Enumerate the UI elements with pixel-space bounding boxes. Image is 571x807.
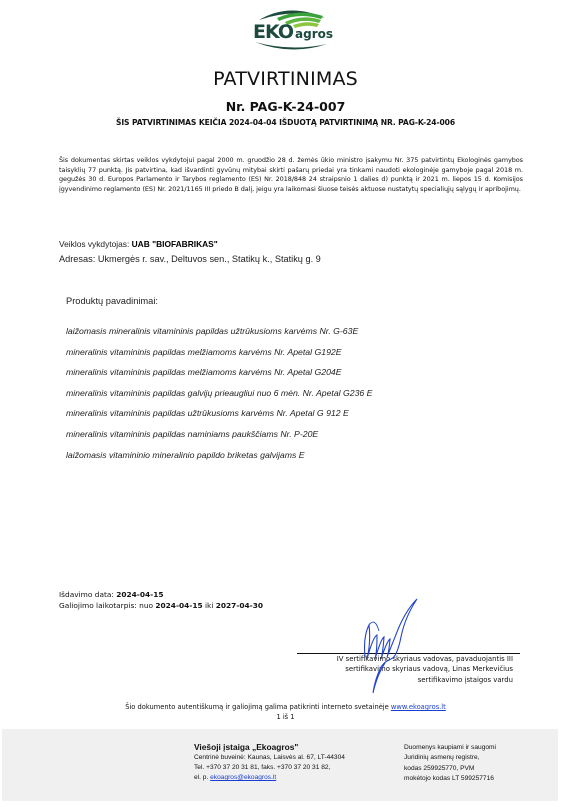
footer-org-name: Viešoji įstaiga „Ekoagros" xyxy=(194,742,345,753)
logo-brand-bold: EKO xyxy=(253,21,293,43)
operator-name: UAB "BIOFABRIKAS" xyxy=(132,239,218,249)
footer-email-line: el. p. ekoagros@ekoagros.lt xyxy=(194,773,345,783)
list-item: mineralinis vitamininis papildas užtrūku… xyxy=(66,407,372,428)
handwritten-signature-icon xyxy=(355,597,425,697)
document-title: PATVIRTINIMAS xyxy=(0,68,571,90)
address-label: Adresas: xyxy=(59,254,98,264)
list-item: mineralinis vitamininis papildas naminia… xyxy=(66,428,372,449)
logo-brand-light: agros xyxy=(295,27,333,41)
address-line: Adresas: Ukmergės r. sav., Deltuvos sen.… xyxy=(59,254,321,264)
list-item: mineralinis vitamininis papildas melžiam… xyxy=(66,346,372,367)
footer-registry: Duomenys kaupiami ir saugomi Juridinių a… xyxy=(404,743,496,785)
registry-line-4: mokėtojo kodas LT 599257716 xyxy=(404,774,496,784)
valid-from: 2024-04-15 xyxy=(155,601,202,610)
page-number: 1 iš 1 xyxy=(0,713,571,721)
website-link[interactable]: www.ekoagros.lt xyxy=(391,703,446,711)
products-heading: Produktų pavadinimai: xyxy=(66,296,158,306)
validity-label: Galiojimo laikotarpis: nuo xyxy=(59,601,155,610)
issue-date: 2024-04-15 xyxy=(116,590,163,599)
address-value: Ukmergės r. sav., Deltuvos sen., Statikų… xyxy=(98,254,321,264)
footer-organization: Viešoji įstaiga „Ekoagros" Centrinė buve… xyxy=(194,742,345,783)
operator-line: Veiklos vykdytojas: UAB "BIOFABRIKAS" xyxy=(59,239,218,249)
footer-address: Centrinė buveinė: Kaunas, Laisvės al. 67… xyxy=(194,753,345,763)
valid-to: 2027-04-30 xyxy=(216,601,263,610)
verification-note: Šio dokumento autentiškumą ir galiojimą … xyxy=(0,703,571,711)
operator-label: Veiklos vykdytojas: xyxy=(59,239,132,249)
list-item: laižomasis vitamininio mineralinio papil… xyxy=(66,449,372,470)
list-item: mineralinis vitamininis papildas melžiam… xyxy=(66,366,372,387)
document-number: Nr. PAG-K-24-007 xyxy=(0,99,571,114)
issue-date-label: Išdavimo data: xyxy=(59,590,116,599)
list-item: laižomasis mineralinis vitamininis papil… xyxy=(66,325,372,346)
validity-line: Galiojimo laikotarpis: nuo 2024-04-15 ik… xyxy=(59,600,263,611)
footer-email-label: el. p. xyxy=(194,774,210,781)
amendment-note: ŠIS PATVIRTINIMAS KEIČIA 2024-04-04 IŠDU… xyxy=(0,118,571,127)
dates-block: Išdavimo data: 2024-04-15 Galiojimo laik… xyxy=(59,589,263,611)
list-item: mineralinis vitamininis papildas galvijų… xyxy=(66,387,372,408)
until-label: iki xyxy=(203,601,216,610)
products-list: laižomasis mineralinis vitamininis papil… xyxy=(66,325,372,469)
footer-email-link[interactable]: ekoagros@ekoagros.lt xyxy=(210,774,276,781)
verification-text: Šio dokumento autentiškumą ir galiojimą … xyxy=(125,703,391,711)
intro-paragraph: Šis dokumentas skirtas veiklos vykdytoju… xyxy=(59,156,523,195)
issue-date-line: Išdavimo data: 2024-04-15 xyxy=(59,589,263,600)
registry-line-2: Juridinių asmenų registre, xyxy=(404,753,496,763)
registry-line-3: kodas 259925770, PVM xyxy=(404,764,496,774)
eko-agros-logo: EKOagros xyxy=(249,6,333,52)
registry-line-1: Duomenys kaupiami ir saugomi xyxy=(404,743,496,753)
footer-phone: Tel. +370 37 20 31 81, faks. +370 37 20 … xyxy=(194,763,345,773)
